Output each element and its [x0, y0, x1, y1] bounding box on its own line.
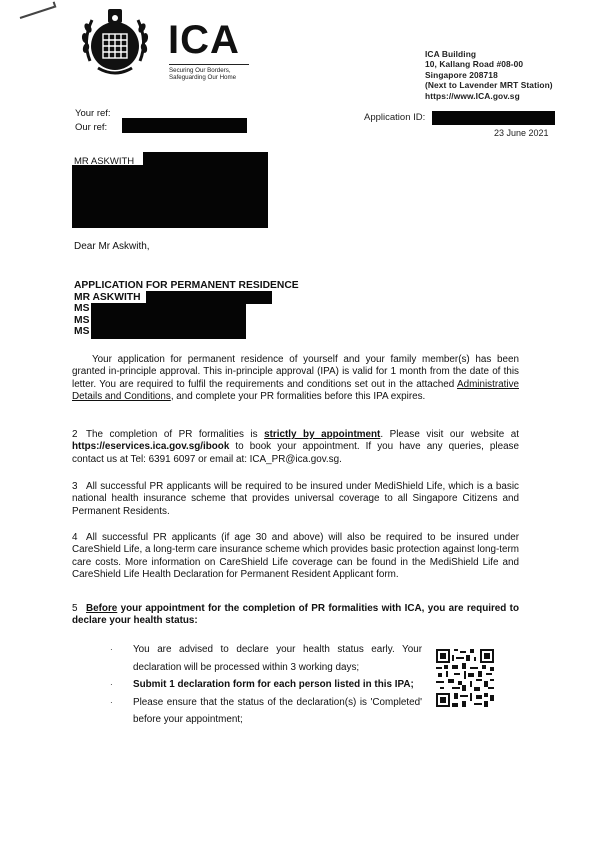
addressee-name-redaction	[143, 152, 268, 166]
before-emphasis: Before	[86, 603, 117, 614]
address-line: Singapore 208718	[425, 70, 553, 80]
bullet-dot-icon: ·	[110, 676, 113, 694]
paragraph-5-text: your appointment for the completion of P…	[72, 603, 519, 626]
paragraph-3: 3All successful PR applicants will be re…	[72, 481, 519, 518]
list-item: ·You are advised to declare your health …	[110, 641, 422, 676]
salutation: Dear Mr Askwith,	[74, 241, 150, 252]
list-item-text: You are advised to declare your health s…	[133, 644, 422, 673]
appointment-emphasis: strictly by appointment	[264, 429, 380, 440]
list-item: ·Submit 1 declaration form for each pers…	[110, 676, 422, 694]
agency-address: ICA Building 10, Kallang Road #08-00 Sin…	[425, 49, 553, 101]
agency-logo-text: ICA	[168, 20, 240, 60]
paragraph-1-text: Your application for permanent residence…	[72, 354, 519, 390]
paragraph-number: 3	[72, 481, 86, 493]
paragraph-number: 2	[72, 429, 86, 441]
paragraph-2: 2The completion of PR formalities is str…	[72, 429, 519, 466]
address-line: ICA Building	[425, 49, 553, 59]
tagline-line-2: Safeguarding Our Home	[169, 74, 236, 81]
ibook-url-link[interactable]: https://eservices.ica.gov.sg/ibook	[72, 441, 229, 452]
paragraph-5: 5Before your appointment for the complet…	[72, 603, 519, 628]
pen-mark	[20, 6, 55, 19]
list-item: ·Please ensure that the status of the de…	[110, 694, 422, 729]
paragraph-1-text-end: , and complete your PR formalities befor…	[171, 391, 426, 402]
paragraph-1: Your application for permanent residence…	[72, 354, 519, 403]
bullet-dot-icon: ·	[110, 641, 113, 659]
agency-tagline: Securing Our Borders, Safeguarding Our H…	[169, 67, 236, 81]
paragraph-2-text-mid: . Please visit our website at	[380, 429, 519, 440]
ica-crest-icon	[80, 6, 150, 78]
paragraph-number: 4	[72, 532, 86, 544]
address-line: (Next to Lavender MRT Station)	[425, 80, 553, 90]
paragraph-4: 4All successful PR applicants (if age 30…	[72, 532, 519, 581]
letter-date: 23 June 2021	[494, 128, 549, 138]
our-ref-redaction	[122, 118, 247, 133]
subject-title: APPLICATION FOR PERMANENT RESIDENCE	[74, 280, 299, 292]
your-ref-label: Your ref:	[75, 108, 111, 119]
application-id-redaction	[432, 111, 555, 125]
bullet-dot-icon: ·	[110, 694, 113, 712]
applicant-redaction	[91, 315, 246, 327]
applicant-redaction	[91, 303, 246, 315]
agency-website: https://www.ICA.gov.sg	[425, 91, 553, 101]
list-item-text: Please ensure that the status of the dec…	[133, 697, 422, 726]
logo-divider	[169, 64, 249, 65]
paragraph-2-text: The completion of PR formalities is	[86, 429, 264, 440]
addressee-name: MR ASKWITH	[74, 156, 134, 167]
qr-code-icon[interactable]	[436, 649, 494, 707]
address-line: 10, Kallang Road #08-00	[425, 59, 553, 69]
our-ref-label: Our ref:	[75, 122, 107, 133]
list-item-text: Submit 1 declaration form for each perso…	[133, 679, 414, 690]
paragraph-3-text: All successful PR applicants will be req…	[72, 481, 519, 517]
application-id-label: Application ID:	[364, 112, 425, 123]
tagline-line-1: Securing Our Borders,	[169, 67, 236, 74]
paragraph-4-text: All successful PR applicants (if age 30 …	[72, 532, 519, 580]
addressee-address-redaction	[72, 165, 268, 228]
health-declaration-list: ·You are advised to declare your health …	[110, 641, 422, 729]
paragraph-number: 5	[72, 603, 86, 615]
applicant-redaction	[91, 327, 246, 339]
